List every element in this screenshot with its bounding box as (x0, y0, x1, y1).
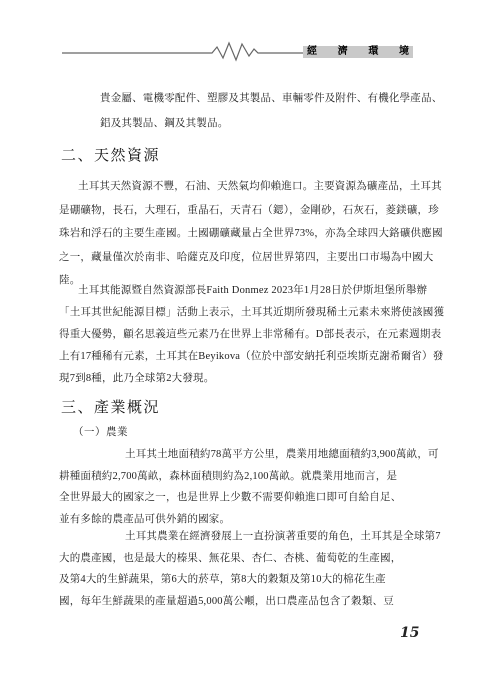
text-line: 及第4大的生鮮蔬果，第6大的菸草，第8大的穀類及第10大的棉花生產 (59, 569, 429, 591)
text-line: 貴金屬、電機零配件、塑膠及其製品、車輛零件及附件、有機化學產品、 (100, 86, 430, 111)
text-line: 之一，藏量僅次於南非、哈薩克及印度，位居世界第四，主要出口市場為中國大 (59, 246, 429, 270)
text-line: 環 (368, 47, 378, 57)
text-line: 全世界最大的國家之一，也是世界上少數不需要仰賴進口即可自給自足、 (59, 487, 429, 509)
natural-resources-paragraph-2: 土耳其能源暨自然資源部長Faith Donmez 2023年1月28日於伊斯坦堡… (59, 280, 429, 390)
page-number: 15 (400, 625, 419, 641)
agriculture-paragraph-1: 土耳其土地面積約78萬平方公里，農業用地總面積約3,900萬畝，可耕種面積約2,… (59, 444, 429, 530)
text-line: 土耳其農業在經濟發展上一直扮演著重要的角色，土耳其是全球第7 (125, 526, 429, 548)
text-line: 土耳其土地面積約78萬平方公里，農業用地總面積約3,900萬畝，可 (125, 444, 429, 466)
header-section-label: 經濟環境 (303, 46, 413, 58)
agriculture-paragraph-2: 土耳其農業在經濟發展上一直扮演著重要的角色，土耳其是全球第7大的農產國，也是最大… (59, 526, 429, 612)
subsection-label-agriculture: （一）農業 (73, 424, 128, 439)
text-line: 土耳其天然資源不豐，石油、天然氣均仰賴進口。主要資源為礦產品，土耳其 (78, 175, 429, 199)
text-line: 耕種面積約2,700萬畝，森林面積則約為2,100萬畝。就農業用地而言，是 (59, 466, 429, 488)
section-heading-natural-resources: 二、天然資源 (61, 144, 160, 165)
text-line: 大的農產國，也是最大的榛果、無花果、杏仁、杏桃、葡萄乾的生產國， (59, 548, 429, 570)
text-line: 上有17種稀有元素，土耳其在Beyikova（位於中部安納托利亞埃斯克謝希爾省）… (59, 346, 429, 368)
text-line: 土耳其能源暨自然資源部長Faith Donmez 2023年1月28日於伊斯坦堡… (78, 280, 429, 302)
text-line: 經 (307, 47, 317, 57)
text-line: 現7到8種，此乃全球第2大發現。 (59, 368, 429, 390)
section-heading-industry-overview: 三、產業概況 (61, 396, 160, 417)
text-line: 鋁及其製品、鋼及其製品。 (100, 111, 430, 136)
text-line: 境 (399, 47, 409, 57)
natural-resources-paragraph-1: 土耳其天然資源不豐，石油、天然氣均仰賴進口。主要資源為礦產品，土耳其是硼礦物，長… (59, 175, 429, 293)
text-line: 濟 (338, 47, 348, 57)
intro-continuation-paragraph: 貴金屬、電機零配件、塑膠及其製品、車輛零件及附件、有機化學產品、鋁及其製品、鋼及… (100, 86, 430, 136)
pulse-line-graphic (60, 38, 306, 68)
text-line: 珠岩和浮石的主要生產國。土國硼礦藏量占全世界73%，亦為全球四大鉻礦供應國 (59, 222, 429, 246)
text-line: 是硼礦物，長石，大理石，重晶石，天青石（鍶），金剛砂，石灰石，菱鎂礦，珍 (59, 199, 429, 223)
document-page: 經濟環境 貴金屬、電機零配件、塑膠及其製品、車輛零件及附件、有機化學產品、鋁及其… (0, 0, 480, 679)
text-line: 得重大優勢，顧名思義這些元素乃在世界上非常稀有。D部長表示，在元素週期表 (59, 324, 429, 346)
text-line: 國，每年生鮮蔬果的產量超過5,000萬公噸，出口農產品包含了穀類、豆 (59, 591, 429, 613)
text-line: 「土耳其世紀能源目標」活動上表示，土耳其近期所發現稀土元素未來將使該國獲 (59, 302, 429, 324)
